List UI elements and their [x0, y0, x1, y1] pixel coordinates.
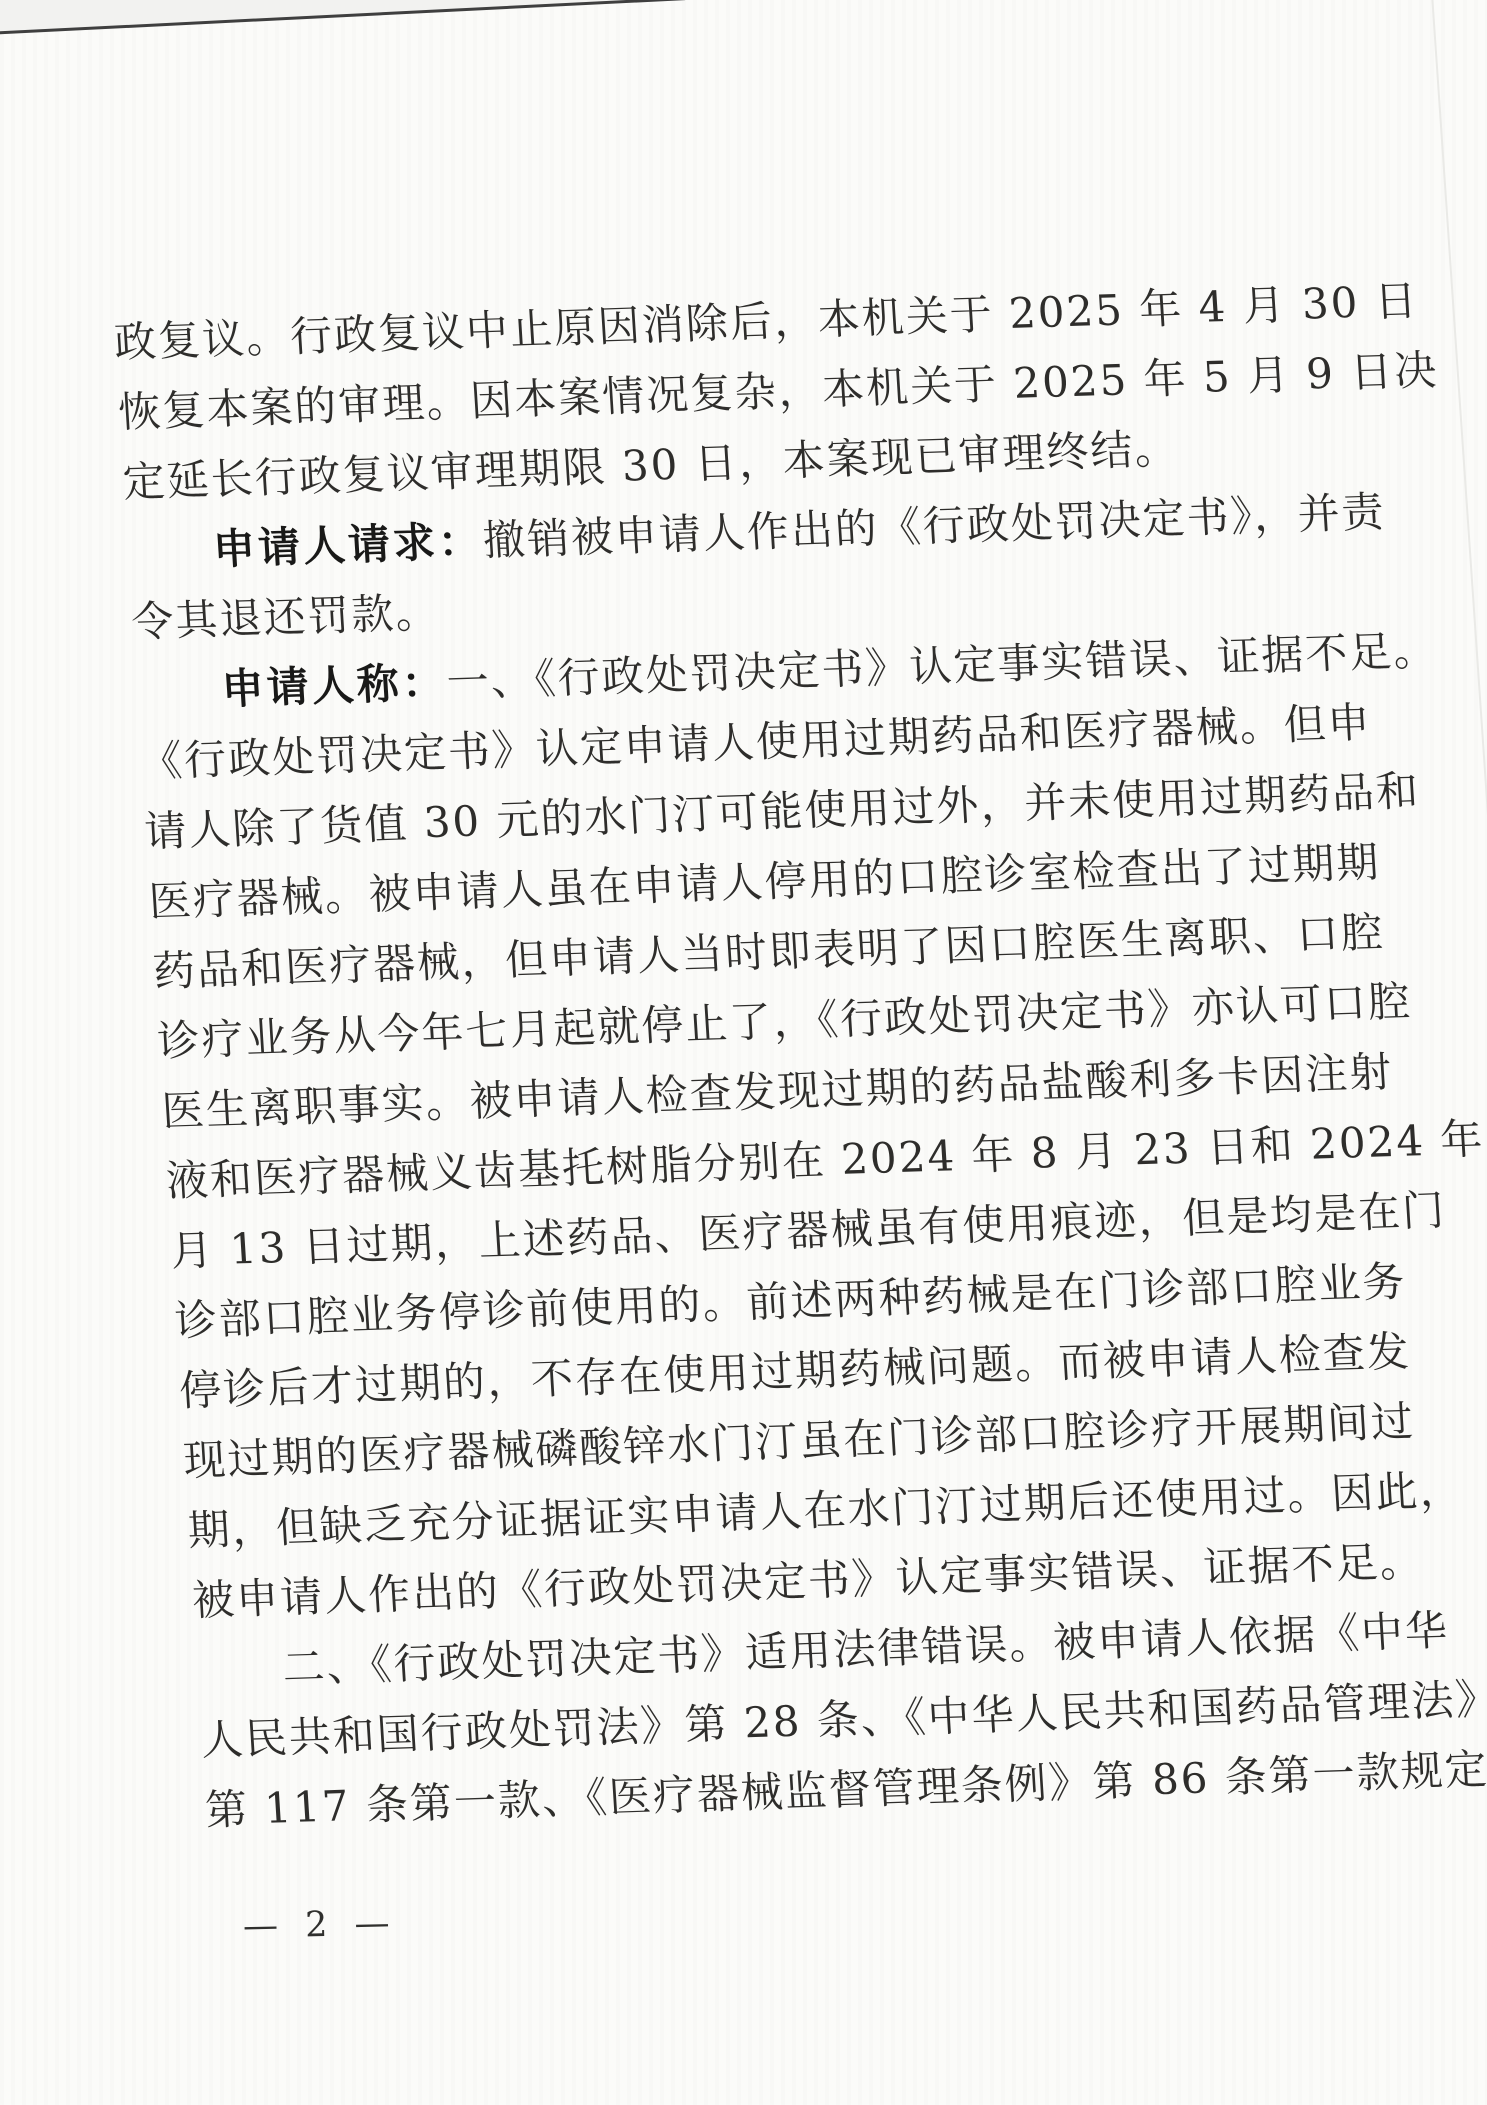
scan-top-edge-line — [0, 0, 685, 35]
document-text-block: 政复议。行政复议中止原因消除后，本机关于 2025 年 4 月 30 日恢复本案… — [112, 269, 1417, 1846]
paper-right-edge-line — [1431, 0, 1487, 822]
bold-label: 申请人请求： — [212, 516, 485, 574]
line-text: 令其退还罚款。 — [130, 588, 441, 647]
page-number: — 2 — — [243, 1903, 398, 1946]
bold-label: 申请人称： — [220, 657, 448, 713]
